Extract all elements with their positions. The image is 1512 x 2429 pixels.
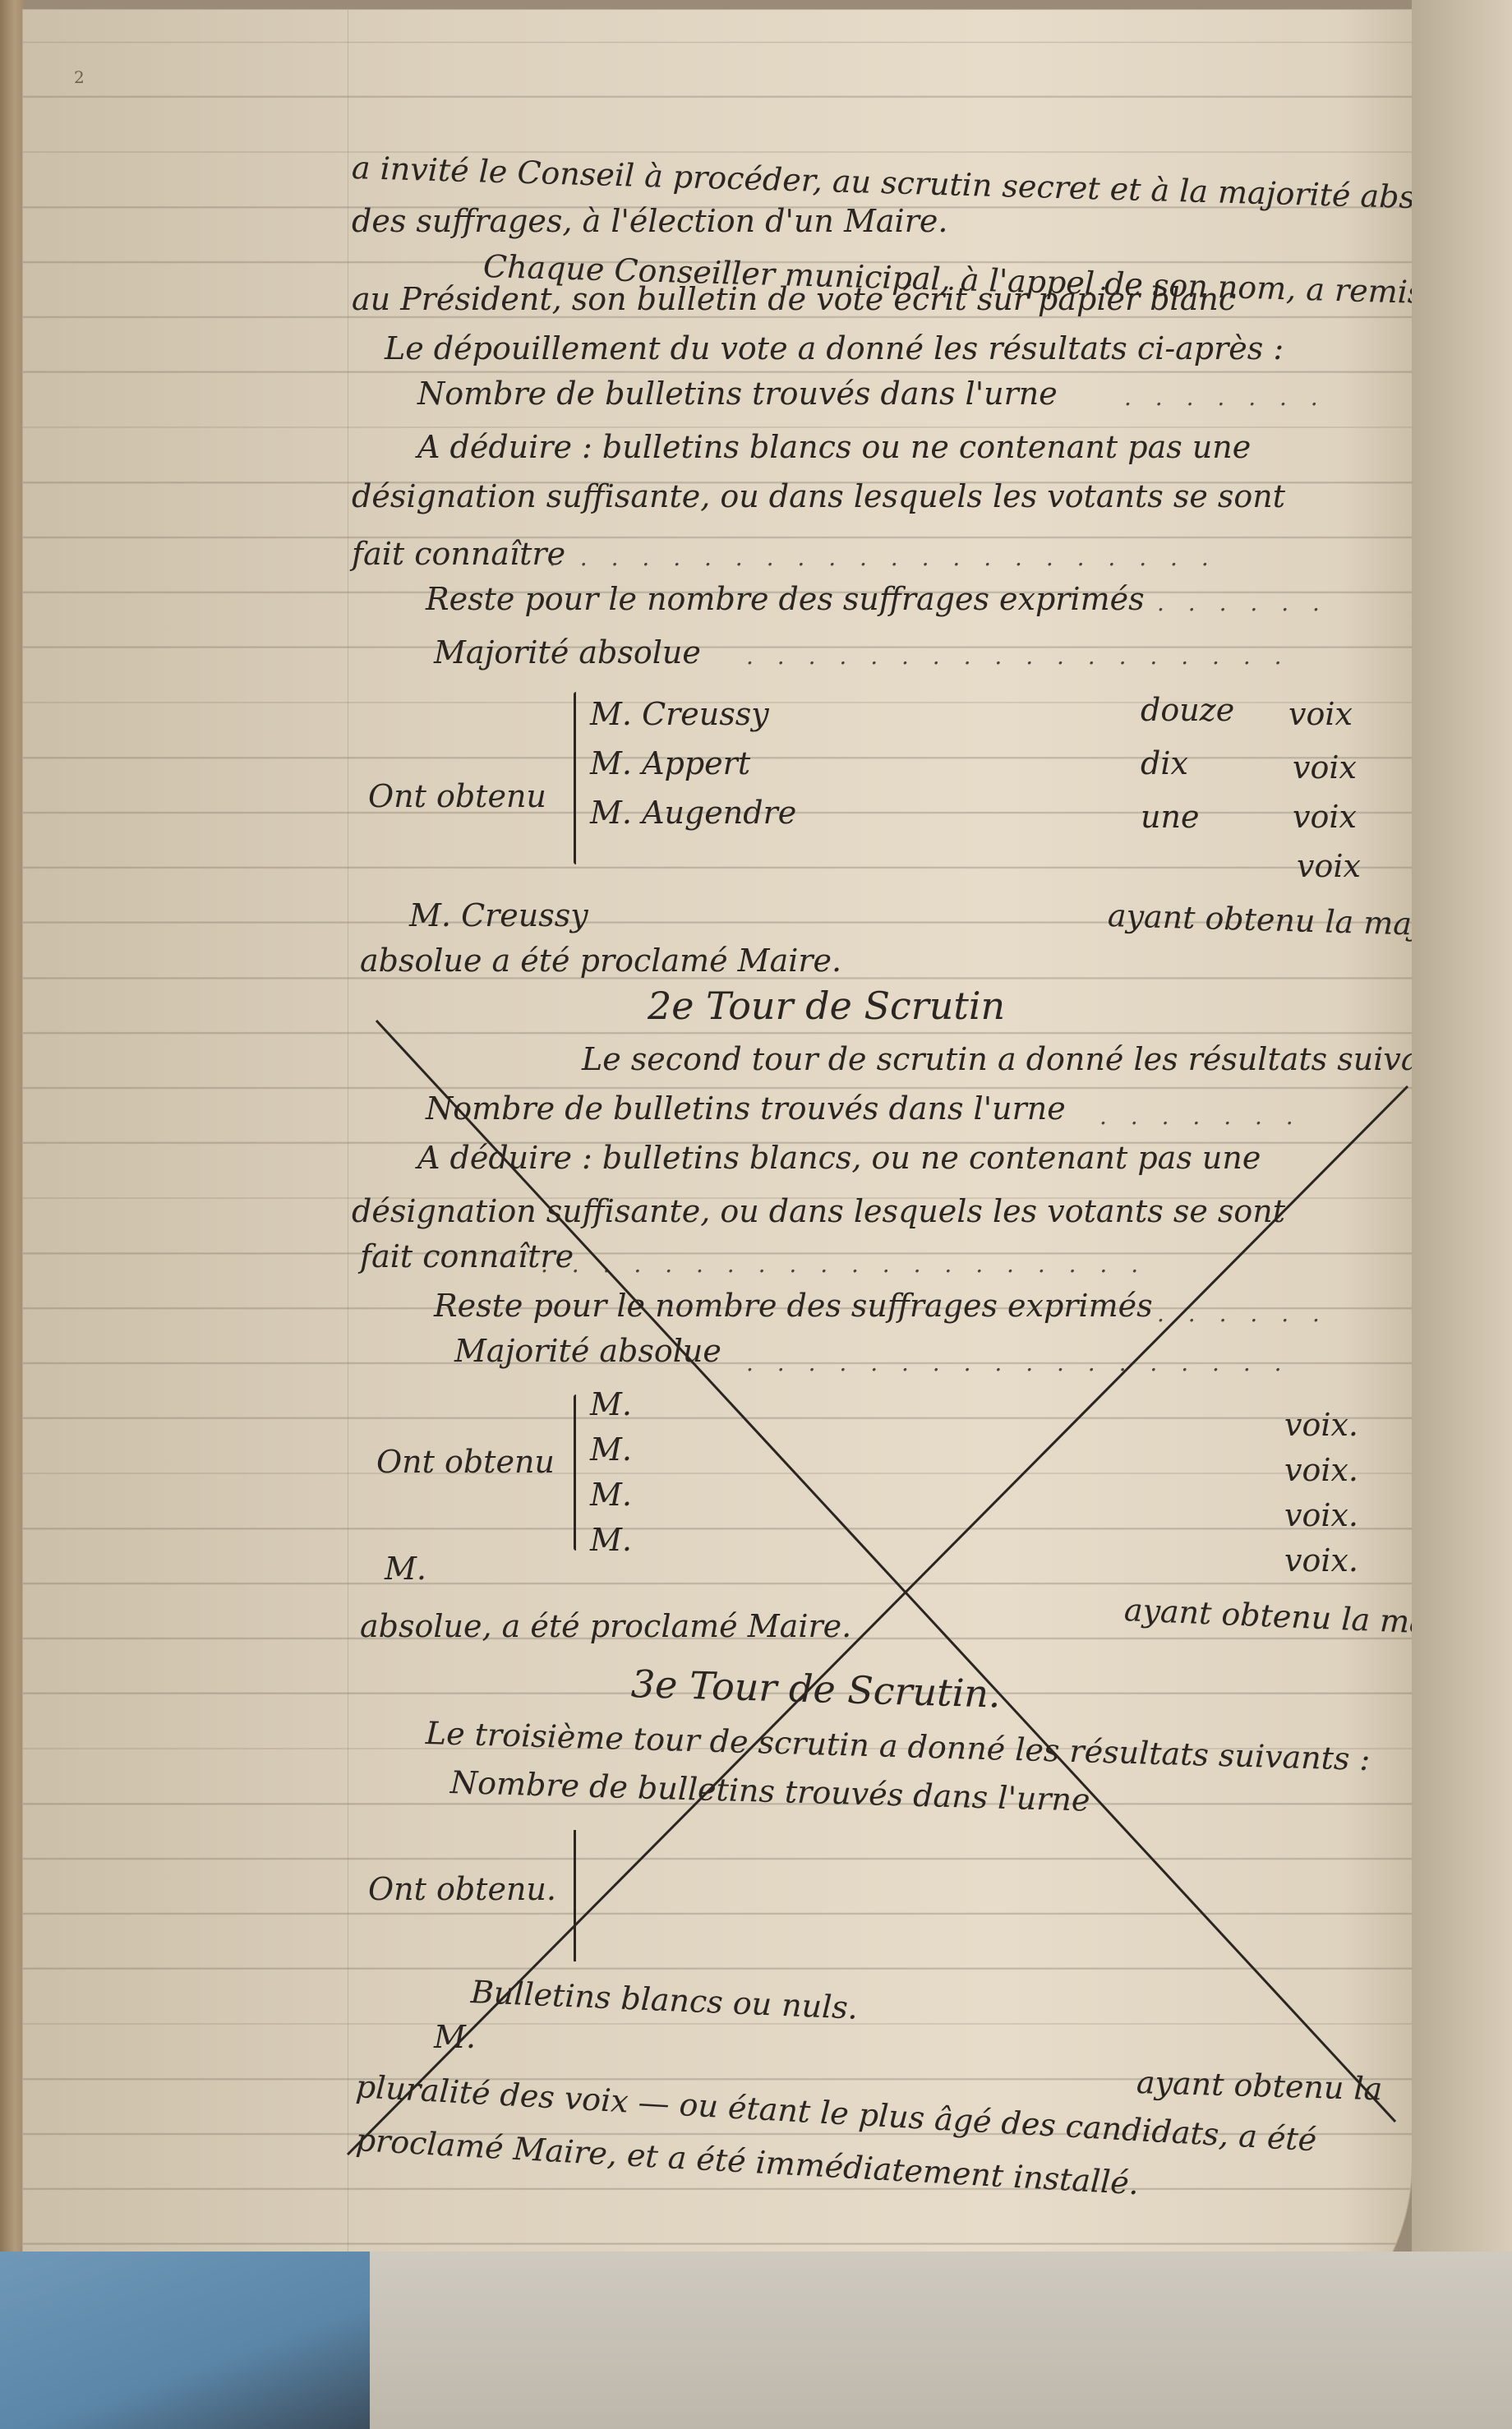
r2-expressed-label: Reste pour le nombre des suffrages expri…	[434, 1288, 1153, 1324]
r2-proclaimed: absolue, a été proclamé Maire.	[360, 1608, 851, 1644]
r2-deduct-line-1: A déduire : bulletins blancs, ou ne cont…	[417, 1140, 1261, 1176]
r1-deduct-line-1: A déduire : bulletins blancs ou ne conte…	[417, 429, 1251, 465]
intro-line-2: des suffrages, à l'élection d'un Maire.	[352, 203, 947, 239]
r1-obtained-label: Ont obtenu	[368, 778, 546, 814]
r2-candidate-name: M.	[590, 1386, 632, 1422]
r3-obtained-label: Ont obtenu.	[368, 1871, 556, 1907]
margin-rule	[348, 10, 348, 2376]
dot-leader: . . . . . .	[1157, 1300, 1328, 1327]
r2-candidate-unit: voix.	[1284, 1407, 1358, 1443]
r1-candidate-unit: voix	[1288, 696, 1353, 732]
desk-cloth	[0, 2252, 370, 2429]
r3-brace	[574, 1830, 576, 1961]
r1-brace	[574, 692, 576, 864]
r2-title: 2e Tour de Scrutin	[648, 984, 1005, 1028]
dot-leader: . . . . . . . . . . . . . . . . . .	[746, 643, 1290, 670]
r1-candidate-name: M. Appert	[590, 745, 750, 781]
r2-candidate-name: M.	[590, 1522, 632, 1558]
r1-candidate-unit: voix	[1293, 749, 1357, 786]
r2-obtained-label: Ont obtenu	[376, 1444, 555, 1480]
r1-winner-name: M. Creussy	[409, 897, 588, 933]
r1-candidate-name: M. Augendre	[590, 795, 796, 831]
r3-winner-name: M.	[434, 2019, 476, 2055]
next-page-edge	[1412, 0, 1512, 2284]
r3-winner-suffix: ayant obtenu la	[1136, 2064, 1383, 2107]
r1-ballots-label: Nombre de bulletins trouvés dans l'urne	[417, 376, 1058, 412]
dot-leader: . . . . . . . . . . . . . . . . . . . . …	[549, 544, 1217, 571]
dot-leader: . . . . . . .	[1124, 384, 1326, 411]
dot-leader: . . . . . . . . . . . . . . . . . .	[746, 1349, 1290, 1376]
r1-candidate-name: M. Creussy	[590, 696, 769, 732]
r2-candidate-name: M.	[590, 1431, 632, 1468]
r1-proclaimed: absolue a été proclamé Maire.	[360, 943, 841, 979]
desk-surface	[370, 2252, 1512, 2429]
r2-candidate-unit: voix.	[1284, 1497, 1358, 1533]
r1-majority-label: Majorité absolue	[434, 634, 701, 671]
r2-brace	[574, 1394, 576, 1551]
r1-candidate-unit: voix	[1297, 848, 1361, 884]
dot-leader: . . . . . .	[1157, 589, 1328, 616]
r2-ballots-label: Nombre de bulletins trouvés dans l'urne	[426, 1090, 1066, 1127]
r2-winner-name: M.	[385, 1551, 426, 1587]
dot-leader: . . . . . . . . . . . . . . . . . . . .	[541, 1251, 1146, 1278]
r1-candidate-unit: voix	[1293, 799, 1357, 835]
r1-candidate-votes: douze	[1141, 692, 1234, 728]
r2-intro: Le second tour de scrutin a donné les ré…	[582, 1041, 1412, 1077]
r2-majority-label: Majorité absolue	[454, 1333, 721, 1369]
register-page: 2 a invité le Conseil à procéder, au scr…	[23, 10, 1412, 2376]
r1-candidate-votes: une	[1141, 799, 1199, 835]
r1-deduct-line-2: désignation suffisante, ou dans lesquels…	[352, 478, 1285, 514]
dot-leader: . . . . . . .	[1099, 1103, 1302, 1130]
book-binding	[0, 0, 25, 2268]
intro-line-5: Le dépouillement du vote a donné les rés…	[385, 330, 1284, 366]
r2-deduct-line-2: désignation suffisante, ou dans lesquels…	[352, 1193, 1285, 1229]
r1-expressed-label: Reste pour le nombre des suffrages expri…	[426, 581, 1145, 617]
r1-deduct-line-3: fait connaître	[352, 536, 565, 572]
r2-candidate-name: M.	[590, 1477, 632, 1513]
r2-candidate-unit: voix.	[1284, 1452, 1358, 1488]
intro-line-4: au Président, son bulletin de vote écrit…	[352, 281, 1236, 317]
r2-candidate-unit: voix.	[1284, 1542, 1358, 1579]
r1-candidate-votes: dix	[1141, 745, 1188, 781]
page-marker: 2	[74, 67, 85, 87]
